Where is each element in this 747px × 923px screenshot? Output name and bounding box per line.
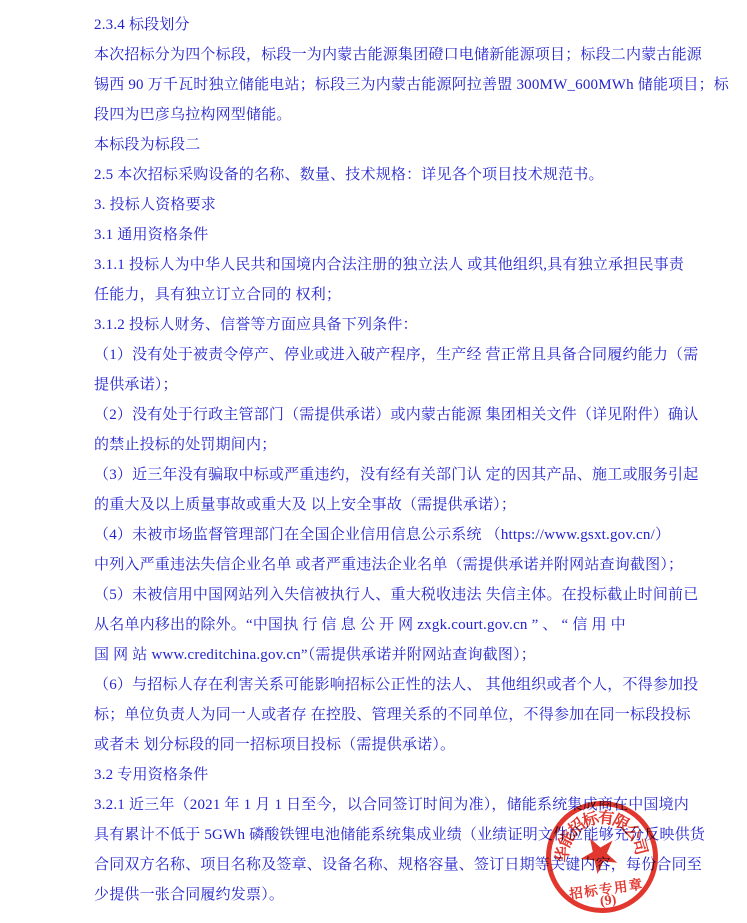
text-line: 中列入严重违法失信企业名单 或者严重违法企业名单（需提供承诺并附网站查询截图）； xyxy=(94,550,662,580)
text-line: 3.2 专用资格条件 xyxy=(94,760,662,790)
text-line: （6）与招标人存在利害关系可能影响招标公正性的法人、 其他组织或者个人，不得参加… xyxy=(94,670,662,700)
text-line: （4）未被市场监督管理部门在全国企业信用信息公示系统 （https://www.… xyxy=(94,520,662,550)
text-line: （2）没有处于行政主管部门（需提供承诺）或内蒙古能源 集团相关文件（详见附件）确… xyxy=(94,400,662,430)
document-body: 2.3.4 标段划分本次招标分为四个标段，标段一为内蒙古能源集团磴口电储新能源项… xyxy=(94,10,662,910)
text-line: （5）未被信用中国网站列入失信被执行人、重大税收违法 失信主体。在投标截止时间前… xyxy=(94,580,662,610)
text-line: 或者未 划分标段的同一招标项目投标（需提供承诺）。 xyxy=(94,730,662,760)
text-line: 少提供一张合同履约发票）。 xyxy=(94,880,662,910)
text-line: 3.1.2 投标人财务、信誉等方面应具备下列条件： xyxy=(94,310,662,340)
text-line: 2.5 本次招标采购设备的名称、数量、技术规格：详见各个项目技术规范书。 xyxy=(94,160,662,190)
text-line: 本次招标分为四个标段，标段一为内蒙古能源集团磴口电储新能源项目；标段二内蒙古能源 xyxy=(94,40,662,70)
text-line: （1）没有处于被责令停产、停业或进入破产程序，生产经 营正常且具备合同履约能力（… xyxy=(94,340,662,370)
text-line: 本标段为标段二 xyxy=(94,130,662,160)
text-line: 3.1.1 投标人为中华人民共和国境内合法注册的独立法人 或其他组织,具有独立承… xyxy=(94,250,662,280)
text-line: 锡西 90 万千瓦时独立储能电站；标段三为内蒙古能源阿拉善盟 300MW_600… xyxy=(94,70,662,100)
text-line: 标；单位负责人为同一人或者存 在控股、管理关系的不同单位，不得参加在同一标段投标 xyxy=(94,700,662,730)
text-line: 从名单内移出的除外。“中国执 行 信 息 公 开 网 zxgk.court.go… xyxy=(94,610,662,640)
text-line: 段四为巴彦乌拉构网型储能。 xyxy=(94,100,662,130)
text-line: 的重大及以上质量事故或重大及 以上安全事故（需提供承诺）； xyxy=(94,490,662,520)
text-line: 的禁止投标的处罚期间内； xyxy=(94,430,662,460)
text-line: 国 网 站 www.creditchina.gov.cn”（需提供承诺并附网站查… xyxy=(94,640,662,670)
text-line: 具有累计不低于 5GWh 磷酸铁锂电池储能系统集成业绩（业绩证明文件应能够充分反… xyxy=(94,820,662,850)
text-line: （3）近三年没有骗取中标或严重违约，没有经有关部门认 定的因其产品、施工或服务引… xyxy=(94,460,662,490)
text-line: 合同双方名称、项目名称及签章、设备名称、规格容量、签订日期等关键内容，每份合同至 xyxy=(94,850,662,880)
text-line: 提供承诺）； xyxy=(94,370,662,400)
text-line: 3. 投标人资格要求 xyxy=(94,190,662,220)
text-line: 3.2.1 近三年（2021 年 1 月 1 日至今，以合同签订时间为准），储能… xyxy=(94,790,662,820)
text-line: 2.3.4 标段划分 xyxy=(94,10,662,40)
text-line: 3.1 通用资格条件 xyxy=(94,220,662,250)
text-line: 任能力，具有独立订立合同的 权利； xyxy=(94,280,662,310)
document-page: { "page": { "background_color": "#ffffff… xyxy=(0,0,747,923)
